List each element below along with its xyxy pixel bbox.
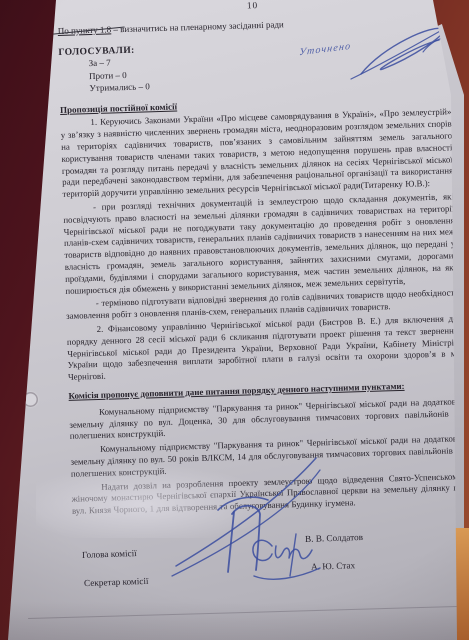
paragraph-2: 2. Фінансовому управлінню Чернігівської … — [66, 313, 459, 384]
chair-label: Голова комісії — [82, 548, 137, 560]
signature-ink-bottom — [168, 448, 330, 618]
paragraph-1: 1. Керуючись Законами України «Про місце… — [60, 107, 453, 201]
ruling-text: – визначитись на пленарному засіданні ра… — [111, 19, 284, 34]
secretary-label: Секретар комісії — [84, 576, 149, 588]
photo-of-document: 10 По пункту 1.8 – визначитись на пленар… — [0, 0, 469, 640]
paragraph-bullet-1: - при розгляді технічних документацій із… — [63, 191, 457, 297]
document-page: 10 По пункту 1.8 – визначитись на пленар… — [0, 0, 469, 640]
signature-ink-top — [283, 16, 461, 90]
punch-hole-top — [21, 217, 34, 230]
struck-clause: По пункту 1.8 — [58, 24, 112, 37]
punch-hole-bottom — [23, 392, 38, 407]
